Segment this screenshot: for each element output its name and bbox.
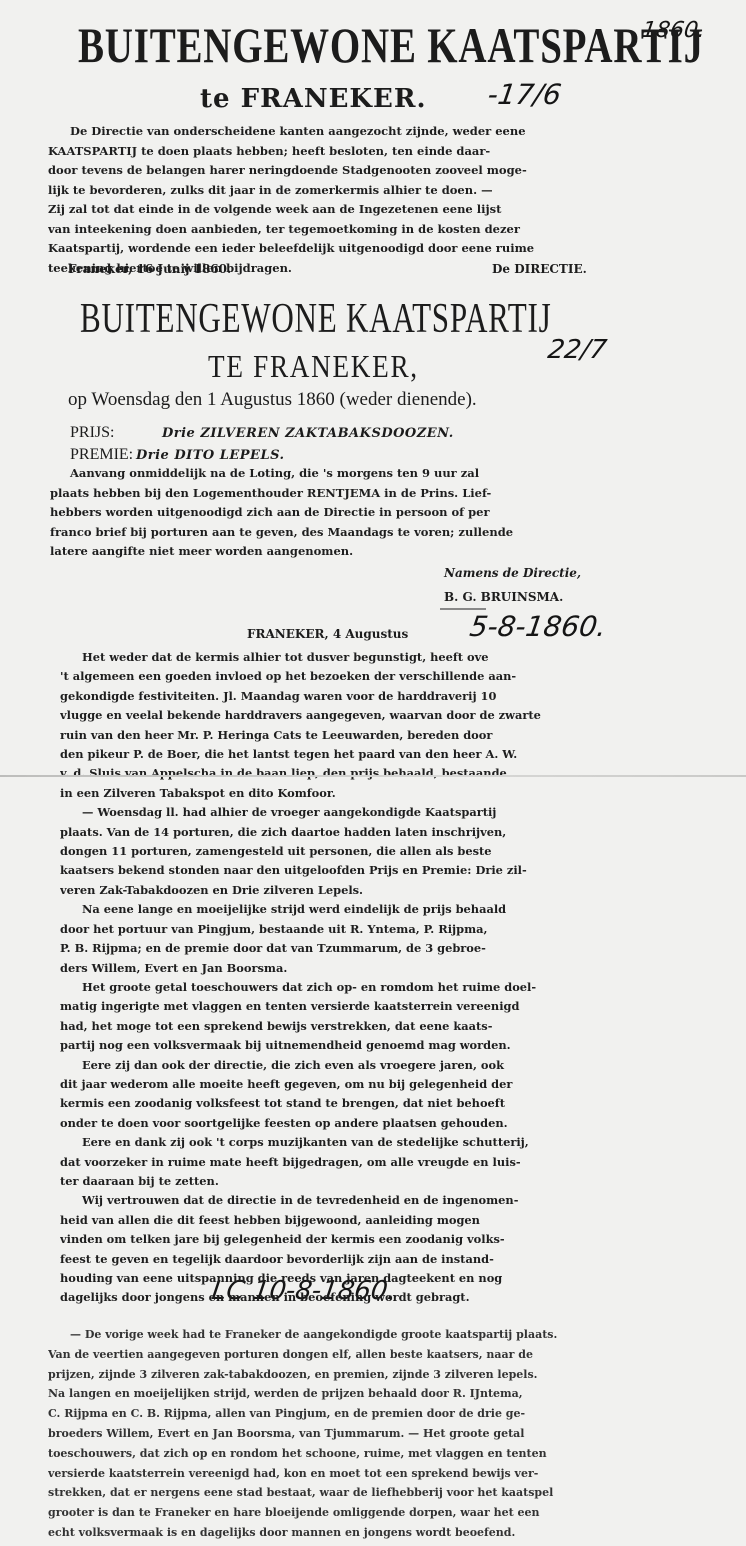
notice-2-prize-row: PRIJS:Drie ZILVEREN ZAKTABAKSDOOZEN. bbox=[70, 424, 454, 442]
text-line: partij nog een volksvermaak bij uitnemen… bbox=[60, 1036, 645, 1055]
notice-2-body: Aanvang onmiddelijk na de Loting, die 's… bbox=[50, 464, 640, 562]
text-line: versierde kaatsterrein vereenigd had, ko… bbox=[48, 1464, 658, 1484]
text-line: dat voorzeker in ruime mate heeft bijged… bbox=[60, 1153, 645, 1172]
text-line: strekken, dat er nergens eene stad besta… bbox=[48, 1483, 658, 1503]
text-line: grooter is dan te Franeker en hare bloei… bbox=[48, 1503, 658, 1523]
text-line: door tevens de belangen harer neringdoen… bbox=[48, 161, 626, 181]
text-line: door het portuur van Pingjum, bestaande … bbox=[60, 920, 645, 939]
handwritten-date-annotation-2: 22/7 bbox=[546, 335, 609, 365]
text-line: ders Willem, Evert en Jan Boorsma. bbox=[60, 959, 645, 978]
text-line: onder te doen voor soortgelijke feesten … bbox=[60, 1114, 645, 1133]
text-line: dagelijks door jongens en mannen in beoe… bbox=[60, 1288, 645, 1307]
notice-1-signature: De DIRECTIE. bbox=[492, 262, 587, 276]
text-line: van inteekening doen aanbieden, ter tege… bbox=[48, 220, 626, 240]
text-line: vlugge en veelal bekende harddravers aan… bbox=[60, 706, 645, 725]
text-line: broeders Willem, Evert en Jan Boorsma, v… bbox=[48, 1424, 658, 1444]
text-line: Aanvang onmiddelijk na de Loting, die 's… bbox=[50, 464, 640, 484]
notice-2-signature-line2: B. G. BRUINSMA. bbox=[444, 590, 563, 604]
text-line: houding van eene uitspanning die reeds v… bbox=[60, 1269, 645, 1288]
text-line: toeschouwers, dat zich op en rondom het … bbox=[48, 1444, 658, 1464]
report-2-body: — De vorige week had te Franeker de aang… bbox=[48, 1325, 658, 1543]
notice-2-premium-row: PREMIE:Drie DITO LEPELS. bbox=[70, 446, 285, 464]
paper-fold-line bbox=[0, 775, 746, 777]
notice-2-signature-line1: Namens de Directie, bbox=[444, 566, 581, 580]
text-line: De Directie van onderscheidene kanten aa… bbox=[48, 122, 626, 142]
text-line: ter daaraan bij te zetten. bbox=[60, 1172, 645, 1191]
text-line: Wij vertrouwen dat de directie in de tev… bbox=[60, 1191, 645, 1210]
prize-value: Drie ZILVEREN ZAKTABAKSDOOZEN. bbox=[162, 426, 454, 441]
text-line: gekondigde festiviteiten. Jl. Maandag wa… bbox=[60, 687, 645, 706]
text-line: P. B. Rijpma; en de premie door dat van … bbox=[60, 939, 645, 958]
text-line: 't algemeen een goeden invloed op het be… bbox=[60, 667, 645, 686]
text-line: Eere en dank zij ook 't corps muzijkante… bbox=[60, 1133, 645, 1152]
divider bbox=[440, 608, 486, 610]
text-line: plaats hebben bij den Logementhouder REN… bbox=[50, 484, 640, 504]
report-1-dateline: FRANEKER, 4 Augustus bbox=[247, 627, 408, 641]
premium-value: Drie DITO LEPELS. bbox=[136, 448, 285, 463]
text-line: echt volksvermaak is en dagelijks door m… bbox=[48, 1523, 658, 1543]
text-line: lijk te bevorderen, zulks dit jaar in de… bbox=[48, 181, 626, 201]
text-line: KAATSPARTIJ te doen plaats hebben; heeft… bbox=[48, 142, 626, 162]
text-line: kermis een zoodanig volksfeest tot stand… bbox=[60, 1094, 645, 1113]
premium-label: PREMIE: bbox=[70, 446, 136, 464]
report-1-body: Het weder dat de kermis alhier tot dusve… bbox=[60, 648, 645, 1308]
notice-1-place-date: Franeker, 16 Junij 1860. bbox=[68, 262, 231, 276]
text-line: prijzen, zijnde 3 zilveren zak-tabakdooz… bbox=[48, 1365, 658, 1385]
text-line: hebbers worden uitgenoodigd zich aan de … bbox=[50, 503, 640, 523]
text-line: franco brief bij porturen aan te geven, … bbox=[50, 523, 640, 543]
handwritten-date-annotation-3: 5-8-1860. bbox=[468, 610, 609, 643]
notice-1-title: BUITENGEWONE KAATSPARTIJ bbox=[78, 18, 704, 72]
text-line: Zij zal tot dat einde in de volgende wee… bbox=[48, 200, 626, 220]
text-line: Na langen en moeijelijken strijd, werden… bbox=[48, 1384, 658, 1404]
text-line: Eere zij dan ook der directie, die zich … bbox=[60, 1056, 645, 1075]
text-line: in een Zilveren Tabakspot en dito Komfoo… bbox=[60, 784, 645, 803]
text-line: feest te geven en tegelijk daardoor bevo… bbox=[60, 1250, 645, 1269]
text-line: dongen 11 porturen, zamengesteld uit per… bbox=[60, 842, 645, 861]
prize-label: PRIJS: bbox=[70, 424, 162, 442]
text-line: C. Rijpma en C. B. Rijpma, allen van Pin… bbox=[48, 1404, 658, 1424]
notice-1-subtitle: te FRANEKER. bbox=[200, 84, 427, 114]
text-line: Het weder dat de kermis alhier tot dusve… bbox=[60, 648, 645, 667]
text-line: had, het moge tot een sprekend bewijs ve… bbox=[60, 1017, 645, 1036]
text-line: Van de veertien aangegeven porturen dong… bbox=[48, 1345, 658, 1365]
notice-1-body: De Directie van onderscheidene kanten aa… bbox=[48, 122, 626, 278]
text-line: plaats. Van de 14 porturen, die zich daa… bbox=[60, 823, 645, 842]
text-line: Kaatspartij, wordende een ieder beleefde… bbox=[48, 239, 626, 259]
notice-2-subtitle: TE FRANEKER, bbox=[208, 348, 419, 385]
notice-2-title: BUITENGEWONE KAATSPARTIJ bbox=[80, 296, 551, 342]
text-line: heid van allen die dit feest hebben bijg… bbox=[60, 1211, 645, 1230]
text-line: latere aangifte niet meer worden aangeno… bbox=[50, 542, 640, 562]
text-line: Het groote getal toeschouwers dat zich o… bbox=[60, 978, 645, 997]
handwritten-date-annotation-1: -17/6 bbox=[486, 78, 564, 111]
text-line: Na eene lange en moeijelijke strijd werd… bbox=[60, 900, 645, 919]
text-line: veren Zak-Tabakdoozen en Drie zilveren L… bbox=[60, 881, 645, 900]
text-line: vinden om telken jare bij gelegenheid de… bbox=[60, 1230, 645, 1249]
text-line: kaatsers bekend stonden naar den uitgelo… bbox=[60, 861, 645, 880]
text-line: ruin van den heer Mr. P. Heringa Cats te… bbox=[60, 726, 645, 745]
text-line: — Woensdag ll. had alhier de vroeger aan… bbox=[60, 803, 645, 822]
text-line: — De vorige week had te Franeker de aang… bbox=[48, 1325, 658, 1345]
notice-2-date-line: op Woensdag den 1 Augustus 1860 (weder d… bbox=[68, 389, 477, 411]
text-line: matig ingerigte met vlaggen en tenten ve… bbox=[60, 997, 645, 1016]
text-line: den pikeur P. de Boer, die het lantst te… bbox=[60, 745, 645, 764]
text-line: dit jaar wederom alle moeite heeft gegev… bbox=[60, 1075, 645, 1094]
